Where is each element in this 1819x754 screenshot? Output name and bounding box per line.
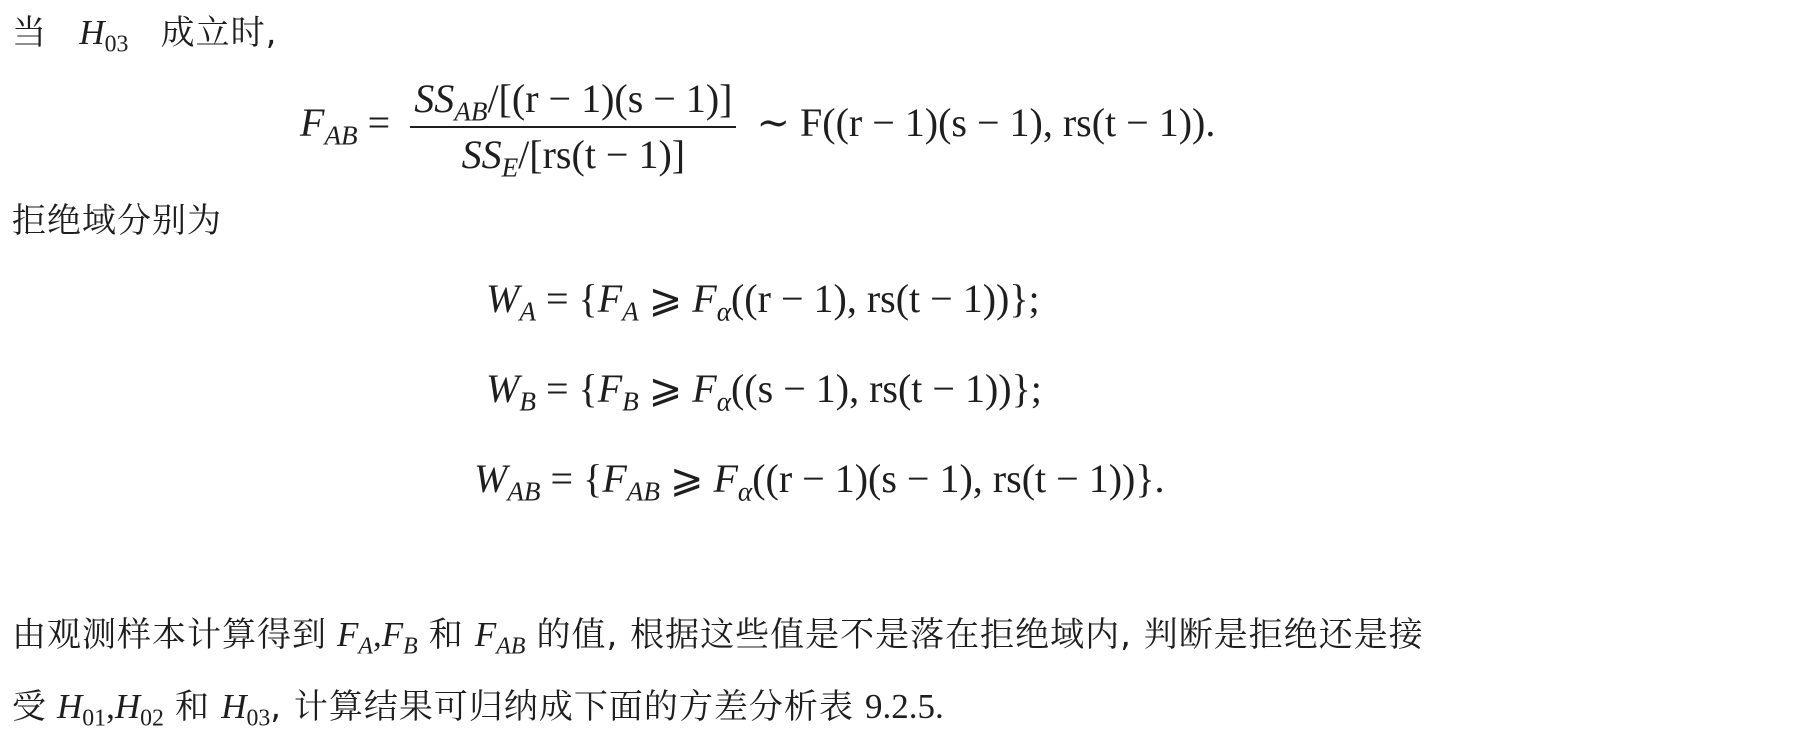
equals-sign: = bbox=[368, 100, 391, 145]
table-reference: 9.2.5. bbox=[865, 687, 944, 726]
fraction-denominator: SSE/[rs(t − 1)] bbox=[410, 128, 736, 178]
intro-line: 当 H03 成立时, bbox=[12, 10, 277, 56]
fab-distribution: ∼ F((r − 1)(s − 1), rs(t − 1)). bbox=[756, 100, 1215, 145]
rejection-region-wb: WB = {FB ⩾ Fα((s − 1), rs(t − 1))}; bbox=[486, 366, 1042, 412]
fab-lhs: FAB bbox=[300, 100, 358, 145]
intro-suffix: 成立时, bbox=[161, 13, 278, 53]
conclusion-line-2: 受H01,H02 和 H03, 计算结果可归纳成下面的方差分析表 9.2.5. bbox=[12, 684, 944, 730]
fab-fraction: SSAB/[(r − 1)(s − 1)] SSE/[rs(t − 1)] bbox=[410, 76, 736, 178]
hypothesis-h03: H03 bbox=[79, 13, 128, 52]
fraction-numerator: SSAB/[(r − 1)(s − 1)] bbox=[410, 76, 736, 128]
rejection-region-wa: WA = {FA ⩾ Fα((r − 1), rs(t − 1))}; bbox=[486, 276, 1040, 322]
conclusion-line-1: 由观测样本计算得到FA,FB 和 FAB 的值, 根据这些值是不是落在拒绝域内,… bbox=[12, 612, 1424, 658]
equation-fab: FAB = SSAB/[(r − 1)(s − 1)] SSE/[rs(t − … bbox=[300, 76, 1215, 178]
rejection-region-wab: WAB = {FAB ⩾ Fα((r − 1)(s − 1), rs(t − 1… bbox=[474, 456, 1165, 502]
regions-intro: 拒绝域分别为 bbox=[12, 198, 222, 244]
intro-prefix: 当 bbox=[12, 13, 47, 53]
